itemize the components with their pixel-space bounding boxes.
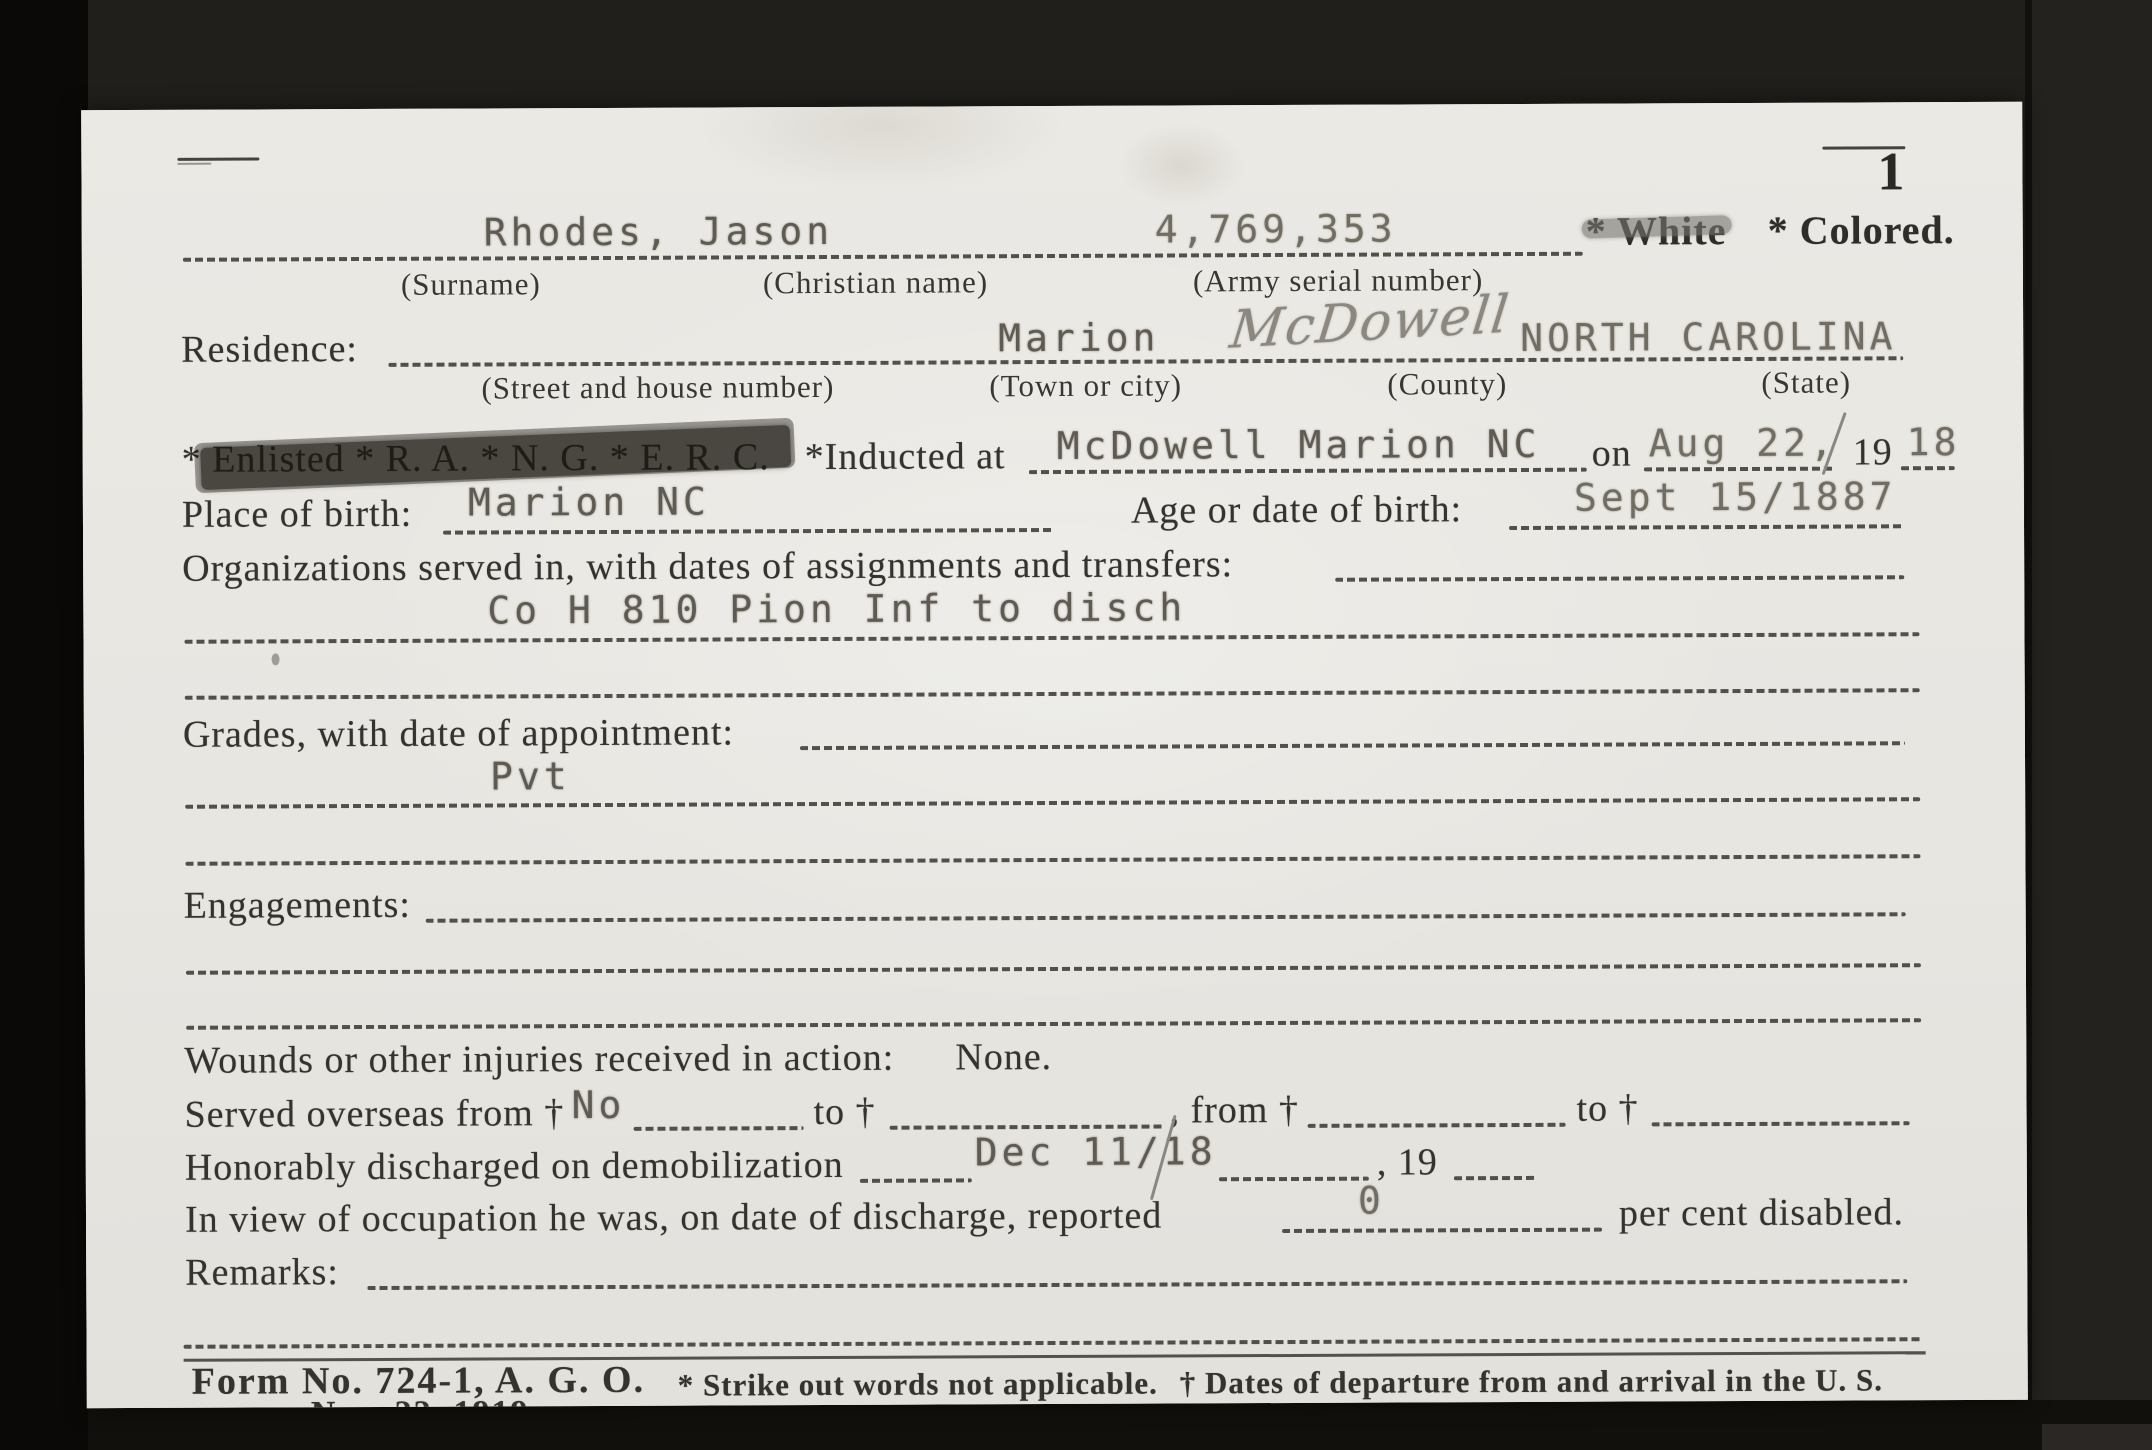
strike-out-note: * Strike out words not applicable. xyxy=(678,1366,1158,1404)
scan-border-bottom xyxy=(0,1400,2152,1450)
disability-rule xyxy=(1282,1228,1602,1233)
overseas-to2-label: to † xyxy=(1576,1086,1638,1130)
overseas-label: Served overseas from † xyxy=(184,1091,564,1137)
corner-dash-mark-2 xyxy=(177,163,211,165)
dagger-note: † Dates of departure from and arrival in… xyxy=(1180,1362,1883,1401)
inducted-year-printed: 19 xyxy=(1853,430,1893,474)
residence-label: Residence: xyxy=(181,327,358,372)
paper-speck xyxy=(272,653,280,665)
inducted-year-typed: 18 xyxy=(1907,420,1961,464)
page-number: 1 xyxy=(1877,140,1905,202)
name-value: Rhodes, Jason xyxy=(484,209,834,255)
age-value: Sept 15/1887 xyxy=(1574,474,1897,519)
name-rule xyxy=(183,252,1583,262)
place-of-birth-rule xyxy=(443,528,1055,535)
form-date: Nov. 22, 1919 xyxy=(311,1394,530,1408)
scanned-service-record: 1 Rhodes, Jason 4,769,353 * White * Colo… xyxy=(0,0,2152,1450)
overseas-rule-1 xyxy=(634,1126,804,1131)
organizations-label: Organizations served in, with dates of a… xyxy=(182,542,1233,591)
scan-border-top xyxy=(0,0,2152,110)
inducted-on-label: on xyxy=(1592,431,1632,475)
organizations-value: Co H 810 Pion Inf to disch xyxy=(487,585,1186,632)
town-label: (Town or city) xyxy=(989,367,1182,404)
race-colored-label: * Colored. xyxy=(1768,206,1955,254)
inducted-date-rule xyxy=(1644,467,1834,472)
organizations-rule-3 xyxy=(185,688,1920,700)
organizations-rule-2 xyxy=(184,632,1919,644)
discharge-rule-1 xyxy=(860,1178,972,1182)
state-label: (State) xyxy=(1761,365,1851,401)
organizations-rule-1 xyxy=(1335,575,1904,581)
age-rule xyxy=(1509,524,1904,530)
grades-rule-3 xyxy=(185,854,1920,866)
engagements-label: Engagements: xyxy=(184,883,411,928)
scan-border-left xyxy=(0,0,88,1450)
residence-state-value: NORTH CAROLINA xyxy=(1520,314,1896,360)
inducted-date-value: Aug 22, xyxy=(1649,421,1837,466)
discharge-rule-3 xyxy=(1454,1176,1536,1180)
inducted-place-value: McDowell Marion NC xyxy=(1057,422,1541,468)
place-of-birth-label: Place of birth: xyxy=(182,492,412,537)
inducted-at-label: *Inducted at xyxy=(805,434,1006,479)
remarks-rule-1 xyxy=(367,1279,1907,1290)
remarks-label: Remarks: xyxy=(185,1250,339,1295)
service-record-card: 1 Rhodes, Jason 4,769,353 * White * Colo… xyxy=(81,102,2028,1408)
disability-suffix-label: per cent disabled. xyxy=(1619,1190,1904,1235)
overseas-to1-label: to † xyxy=(813,1090,875,1134)
engagements-rule-1 xyxy=(426,912,1906,922)
grades-rule-1 xyxy=(800,741,1905,750)
grades-value: Pvt xyxy=(490,754,571,798)
corner-dash-mark xyxy=(177,157,259,160)
overseas-from-value: No xyxy=(571,1083,625,1127)
surname-label: (Surname) xyxy=(401,266,541,303)
discharge-rule-2 xyxy=(1219,1177,1369,1182)
street-label: (Street and house number) xyxy=(481,369,834,407)
disability-label: In view of occupation he was, on date of… xyxy=(185,1194,1162,1242)
place-of-birth-value: Marion NC xyxy=(468,480,710,525)
wounds-label: Wounds or other injuries received in act… xyxy=(184,1036,894,1083)
scan-corner-patch xyxy=(2042,1424,2152,1450)
inducted-place-rule xyxy=(1029,468,1587,474)
grades-rule-2 xyxy=(185,797,1920,809)
grades-label: Grades, with date of appointment: xyxy=(183,710,734,756)
wounds-value: None. xyxy=(955,1035,1052,1079)
discharge-year-label: , 19 xyxy=(1377,1140,1438,1184)
residence-town-value: Marion xyxy=(998,316,1159,361)
overseas-from2-label: , from † xyxy=(1169,1088,1299,1133)
engagements-rule-2 xyxy=(186,963,1921,975)
inducted-year-rule xyxy=(1901,466,1955,470)
scan-border-right xyxy=(2025,0,2152,1450)
engagements-rule-3 xyxy=(186,1018,1921,1030)
age-label: Age or date of birth: xyxy=(1131,487,1462,532)
christian-name-label: (Christian name) xyxy=(763,264,988,301)
overseas-rule-4 xyxy=(1652,1121,1910,1126)
disability-value: 0 xyxy=(1358,1179,1385,1223)
discharge-label: Honorably discharged on demobilization xyxy=(185,1143,844,1190)
discharge-date-value: Dec 11/18 xyxy=(975,1129,1217,1174)
overseas-rule-3 xyxy=(1308,1123,1566,1128)
serial-value: 4,769,353 xyxy=(1155,207,1397,252)
county-label: (County) xyxy=(1387,366,1507,403)
remarks-rule-2 xyxy=(184,1337,1924,1349)
